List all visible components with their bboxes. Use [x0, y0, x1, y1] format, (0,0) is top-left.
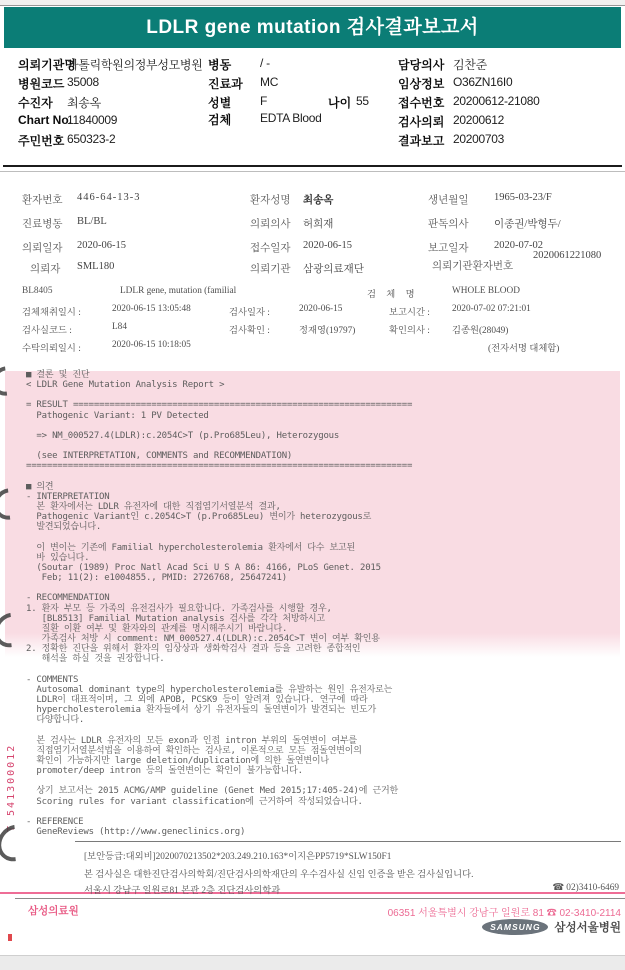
test-confirm-label: 검사확인 : [229, 322, 270, 336]
org-patient-no-label: 의뢰기관환자번호 [432, 258, 513, 273]
entrust-label: 수탁의뢰일시 : [22, 340, 81, 354]
hospital-code-label: 병원코드 [18, 75, 64, 92]
hospital-name: 삼성서울병원 [554, 919, 621, 935]
lab-code-label: 검사실코드 : [22, 322, 72, 336]
ward-value: / - [260, 56, 270, 70]
ward-row-value: BL/BL [77, 216, 107, 227]
report-time-value: 2020-07-02 07:21:01 [452, 304, 531, 314]
specimen-label: 검체 [208, 111, 231, 128]
resident-no-label: 주민번호 [18, 132, 64, 149]
collected-label: 검체채취일시 : [22, 304, 81, 318]
request-date-row-value: 2020-06-15 [77, 240, 126, 251]
clinical-info-value: O36ZN16I0 [453, 75, 512, 89]
request-date-value: 20200612 [453, 113, 504, 127]
accreditation-line: 본 검사실은 대한진단검사의학회/진단검사의학재단의 우수검사실 신임 인증을 … [84, 866, 473, 880]
report-title-banner: LDLR gene mutation 검사결과보고서 [4, 7, 621, 48]
receipt-date-label: 접수일자 [250, 240, 291, 255]
request-date-label: 검사의뢰 [398, 113, 444, 130]
req-org-row-value: 삼광의료재단 [303, 261, 364, 276]
doctor-value: 김찬준 [453, 56, 487, 73]
sex-value: F [260, 94, 267, 108]
receipt-date-value: 2020-06-15 [303, 240, 352, 251]
dept-phone: ☎ 02)3410-6469 [552, 882, 619, 893]
clinical-info-label: 임상정보 [398, 75, 444, 92]
brand-logo-row: SAMSUNG 삼성서울병원 [482, 919, 621, 935]
report-date-value: 20200703 [453, 132, 504, 146]
brand-org-name: 삼성의료원 [28, 903, 79, 918]
read-doctor-label: 판독의사 [428, 216, 469, 231]
samsung-logo-icon: SAMSUNG [482, 919, 548, 935]
test-confirm-value: 정재영(19797) [299, 322, 355, 336]
header-divider-shadow [0, 171, 625, 172]
brand-address: 06351 서울특별시 강남구 일원로 81 ☎ 02-3410-2114 [388, 904, 621, 919]
patient-name-label: 환자성명 [250, 192, 291, 207]
request-date-row-label: 의뢰일자 [22, 240, 63, 255]
test-code: BL8405 [22, 286, 52, 296]
window-top-strip [0, 0, 625, 6]
patient-no-label: 환자번호 [22, 192, 63, 207]
chart-no-label: Chart No. [18, 113, 72, 127]
specimen-barcode-number: T 541300012 [6, 702, 20, 832]
confirm-doctor-value: 김종원(28049) [452, 322, 508, 336]
birth-label: 생년월일 [428, 192, 469, 207]
report-date-label: 결과보고 [398, 132, 444, 149]
req-org-value: 가톨릭학원의정부성모병원 [67, 56, 203, 73]
requester-label: 의뢰자 [30, 261, 60, 276]
report-body-text: ■ 결론 및 진단 < LDLR Gene Mutation Analysis … [26, 370, 612, 837]
dept-address-line: 서울시 강남구 일원로81 본관 2층 진단검사의학과 [84, 882, 280, 896]
entrust-value: 2020-06-15 10:18:05 [112, 340, 191, 350]
ward-row-label: 진료병동 [22, 216, 63, 231]
ward-label: 병동 [208, 56, 231, 73]
patient-name-value: 최송옥 [303, 192, 333, 207]
receipt-no-value: 20200612-21080 [453, 94, 540, 108]
reference-divider-line [75, 841, 621, 842]
req-org-row-label: 의뢰기관 [250, 261, 291, 276]
req-doctor-value: 허희재 [303, 216, 333, 231]
report-date-row-label: 보고일자 [428, 240, 469, 255]
requester-value: SML180 [77, 261, 114, 272]
report-time-label: 보고시간 : [389, 304, 430, 318]
resident-no-value: 650323-2 [67, 132, 115, 146]
birth-value: 1965-03-23/F [494, 192, 552, 203]
dept-label: 진료과 [208, 75, 243, 92]
sex-label: 성별 [208, 94, 231, 111]
footer-gray-rule [15, 898, 625, 899]
hospital-code-value: 35008 [67, 75, 99, 89]
lab-report-page: LDLR gene mutation 검사결과보고서 의뢰기관명 가톨릭학원의정… [0, 0, 625, 970]
chart-no-value: 11840009 [67, 113, 117, 127]
org-patient-no-value: 2020061221080 [533, 250, 609, 261]
patient-value: 최송옥 [67, 94, 101, 111]
test-name: LDLR gene, mutation (familial [120, 286, 236, 296]
doctor-label: 담당의사 [398, 56, 444, 73]
specimen-name-label: 검 체 명 [367, 286, 419, 300]
security-classification-line: [보안등급:대외비]2020070213502*203.249.210.163*… [84, 848, 391, 862]
confirm-doctor-label: 확인의사 : [389, 322, 430, 336]
scan-artifact-dot [8, 934, 12, 941]
esign-note: (전자서명 대체함) [488, 340, 559, 354]
collected-value: 2020-06-15 13:05:48 [112, 304, 191, 314]
test-date-label: 검사일자 : [229, 304, 270, 318]
specimen-value: EDTA Blood [260, 111, 321, 125]
patient-no-value: 446-64-13-3 [77, 192, 141, 203]
patient-label: 수진자 [18, 94, 53, 111]
dept-value: MC [260, 75, 278, 89]
age-value: 55 [356, 94, 369, 108]
window-bottom-strip [0, 955, 625, 970]
read-doctor-value: 이종권/박형두/ [494, 216, 561, 231]
lab-code-value: L84 [112, 322, 127, 332]
age-label: 나이 [328, 94, 351, 111]
header-divider-line [3, 165, 622, 167]
specimen-name-value: WHOLE BLOOD [452, 286, 520, 296]
test-date-value: 2020-06-15 [299, 304, 342, 314]
receipt-no-label: 접수번호 [398, 94, 444, 111]
req-doctor-label: 의뢰의사 [250, 216, 291, 231]
